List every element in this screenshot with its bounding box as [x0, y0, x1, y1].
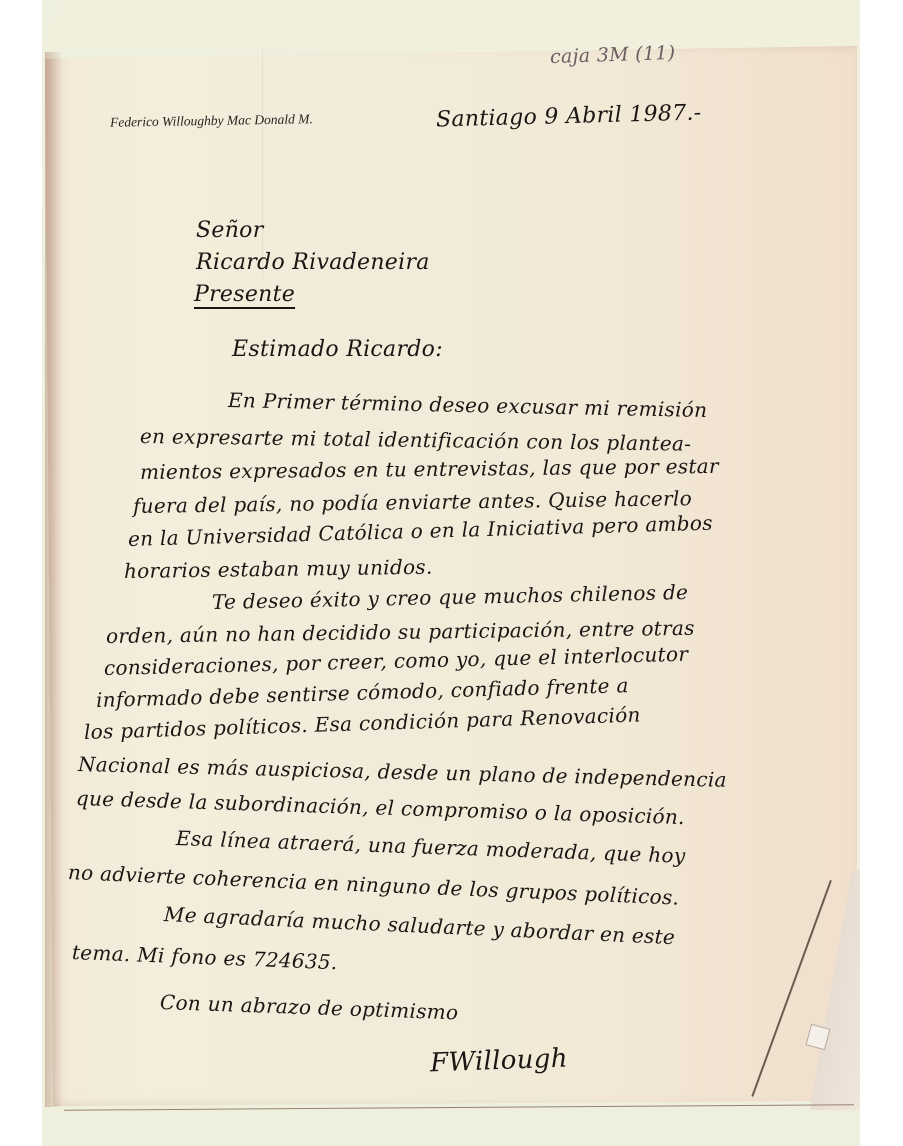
recipient-delivery: Presente — [194, 282, 295, 307]
recipient-name: Ricardo Rivadeneira — [196, 250, 430, 275]
signature: FWillough — [430, 1044, 569, 1079]
recipient-title: Señor — [196, 218, 264, 243]
salutation: Estimado Ricardo: — [232, 337, 443, 362]
background-surface — [860, 30, 903, 1146]
archive-note: caja 3M (11) — [550, 42, 676, 68]
paper-fold — [262, 48, 263, 278]
page-left-shadow — [45, 52, 63, 1107]
page-corner-curl — [800, 870, 860, 1110]
body-line: horarios estaban muy unidos. — [124, 555, 433, 583]
